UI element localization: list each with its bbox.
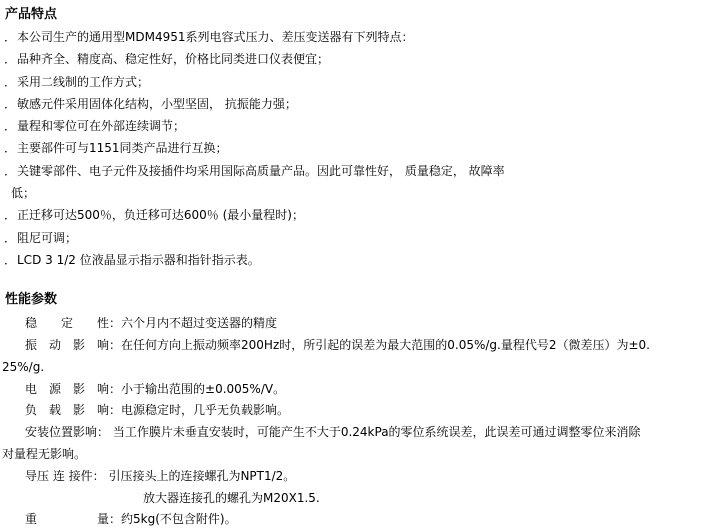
bullet-marker: ． [4, 71, 17, 93]
bullet-marker: ． [4, 48, 17, 70]
param-row: 稳 定 性：六个月内不超过变送器的精度 [0, 313, 703, 335]
bullet-marker: ． [4, 137, 17, 159]
feature-text: 敏感元件采用固体化结构，小型坚固， 抗振能力强； [17, 97, 297, 111]
param-value: 当工作膜片未垂直安装时，可能产生不大于0.24kPa的零位系统误差，此误差可通过… [109, 425, 641, 439]
param-value-continuation: 25%/g. [0, 357, 703, 379]
feature-text: 本公司生产的通用型MDM4951系列电容式压力、差压变送器有下列特点： [17, 30, 414, 44]
param-label: 安装位置影响： [25, 425, 109, 439]
feature-text: 量程和零位可在外部连续调节； [17, 119, 185, 133]
product-features-heading: 产品特点 [0, 6, 703, 24]
param-value: 六个月内不超过变送器的精度 [121, 316, 277, 330]
feature-item: ．量程和零位可在外部连续调节； [0, 115, 703, 137]
feature-text: 主要部件可与1151同类产品进行互换； [17, 141, 228, 155]
param-value-continuation: 放大器连接孔的螺孔为M20X1.5. [0, 488, 703, 510]
param-label: 稳 定 性： [25, 316, 121, 330]
param-label: 负 载 影 响： [25, 403, 121, 417]
feature-item: ．采用二线制的工作方式； [0, 71, 703, 93]
feature-item-continuation: 低； [0, 182, 703, 204]
param-label: 导压 连 接件： [25, 469, 105, 483]
feature-item: ．品种齐全、精度高、稳定性好，价格比同类进口仪表便宜； [0, 48, 703, 70]
bullet-marker: ． [4, 160, 17, 182]
param-row: 电 源 影 响：小于输出范围的±0.005%/V。 [0, 379, 703, 401]
bullet-marker: ． [4, 93, 17, 115]
param-row: 振 动 影 响：在任何方向上振动频率200Hz时，所引起的误差为最大范围的0.0… [0, 335, 703, 357]
bullet-marker: ． [4, 204, 17, 226]
feature-item: ．LCD 3 1/2 位液晶显示指示器和指针指示表。 [0, 249, 703, 271]
param-value: 约5kg(不包含附件)。 [121, 512, 237, 526]
feature-text: LCD 3 1/2 位液晶显示指示器和指针指示表。 [17, 253, 260, 267]
feature-item: ．关键零部件、电子元件及接插件均采用国际高质量产品。因此可靠性好， 质量稳定， … [0, 160, 703, 182]
feature-text: 品种齐全、精度高、稳定性好，价格比同类进口仪表便宜； [17, 52, 329, 66]
param-row: 安装位置影响： 当工作膜片未垂直安装时，可能产生不大于0.24kPa的零位系统误… [0, 422, 703, 444]
feature-item: ．本公司生产的通用型MDM4951系列电容式压力、差压变送器有下列特点： [0, 26, 703, 48]
param-value: 在任何方向上振动频率200Hz时，所引起的误差为最大范围的0.05%/g.量程代… [121, 338, 650, 352]
product-features-list: ．本公司生产的通用型MDM4951系列电容式压力、差压变送器有下列特点：．品种齐… [0, 26, 703, 271]
param-value: 电源稳定时，几乎无负载影响。 [121, 403, 289, 417]
feature-text: 关键零部件、电子元件及接插件均采用国际高质量产品。因此可靠性好， 质量稳定， 故… [17, 164, 505, 178]
param-value: 引压接头上的连接螺孔为NPT1/2。 [105, 469, 296, 483]
bullet-marker: ． [4, 26, 17, 48]
document-page: 产品特点 ．本公司生产的通用型MDM4951系列电容式压力、差压变送器有下列特点… [0, 0, 703, 528]
param-row: 导压 连 接件： 引压接头上的连接螺孔为NPT1/2。 [0, 466, 703, 488]
feature-item: ．正迁移可达500％，负迁移可达600％ (最小量程时)； [0, 204, 703, 226]
feature-item: ．阻尼可调； [0, 227, 703, 249]
bullet-marker: ． [4, 115, 17, 137]
feature-text: 采用二线制的工作方式； [17, 75, 149, 89]
performance-params-heading: 性能参数 [0, 291, 703, 309]
performance-params-list: 稳 定 性：六个月内不超过变送器的精度振 动 影 响：在任何方向上振动频率200… [0, 313, 703, 528]
param-row: 重 量：约5kg(不包含附件)。 [0, 509, 703, 528]
feature-item: ．敏感元件采用固体化结构，小型坚固， 抗振能力强； [0, 93, 703, 115]
feature-text: 正迁移可达500％，负迁移可达600％ (最小量程时)； [17, 208, 304, 222]
bullet-marker: ． [4, 227, 17, 249]
bullet-marker: ． [4, 249, 17, 271]
param-label: 电 源 影 响： [25, 382, 121, 396]
param-label: 重 量： [25, 512, 121, 526]
param-row: 负 载 影 响：电源稳定时，几乎无负载影响。 [0, 400, 703, 422]
feature-text: 阻尼可调； [17, 231, 77, 245]
feature-item: ．主要部件可与1151同类产品进行互换； [0, 137, 703, 159]
param-value: 小于输出范围的±0.005%/V。 [121, 382, 285, 396]
param-value-continuation: 对量程无影响。 [0, 444, 703, 466]
param-label: 振 动 影 响： [25, 338, 121, 352]
